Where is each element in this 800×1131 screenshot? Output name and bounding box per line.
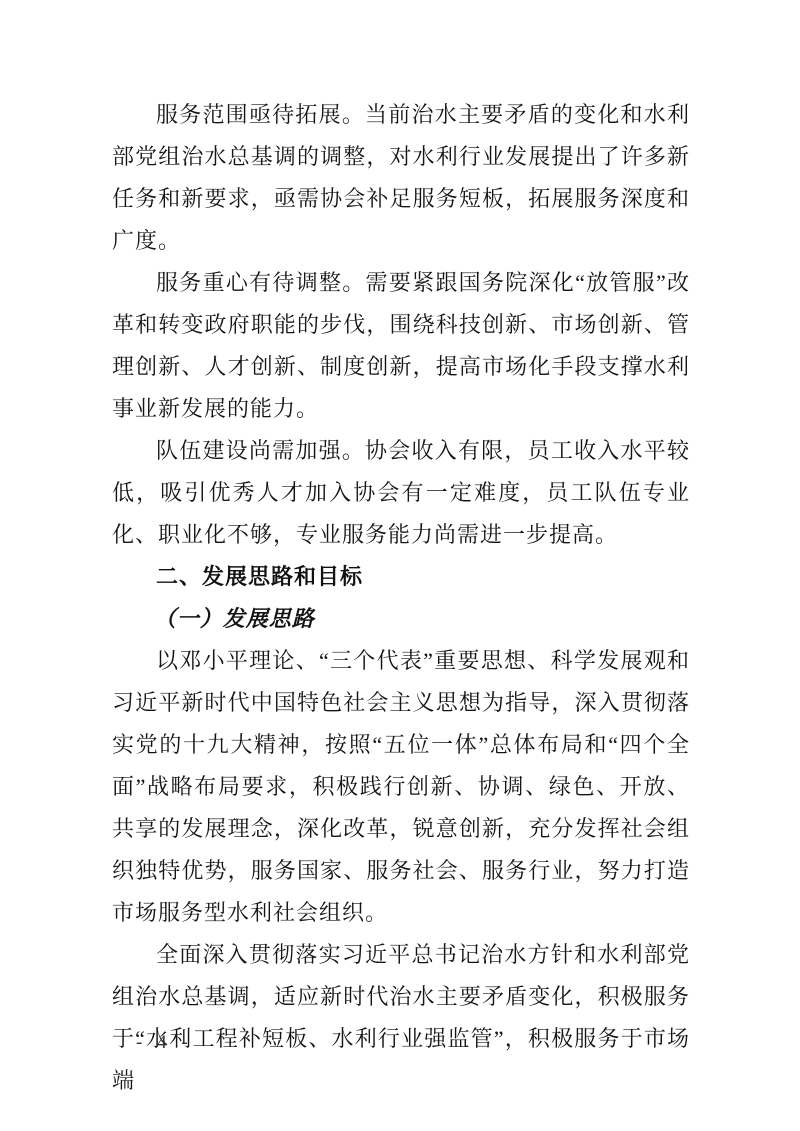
page-number: - 4 - [136, 1032, 193, 1054]
subsection-heading-development-thinking: （一）发展思路 [112, 598, 690, 640]
paragraph-water-governance: 全面深入贯彻落实习近平总书记治水方针和水利部党组治水总基调，适应新时代治水主要矛… [112, 934, 690, 1102]
paragraph-service-scope: 服务范围亟待拓展。当前治水主要矛盾的变化和水利部党组治水总基调的调整，对水利行业… [112, 94, 690, 262]
paragraph-service-focus: 服务重心有待调整。需要紧跟国务院深化“放管服”改革和转变政府职能的步伐，围绕科技… [112, 262, 690, 430]
paragraph-team-building: 队伍建设尚需加强。协会收入有限，员工收入水平较低，吸引优秀人才加入协会有一定难度… [112, 430, 690, 556]
section-heading-development-goals: 二、发展思路和目标 [112, 556, 690, 598]
page-content: 服务范围亟待拓展。当前治水主要矛盾的变化和水利部党组治水总基调的调整，对水利行业… [112, 94, 690, 1102]
document-page: 服务范围亟待拓展。当前治水主要矛盾的变化和水利部党组治水总基调的调整，对水利行业… [0, 0, 800, 1131]
paragraph-guiding-ideology: 以邓小平理论、“三个代表”重要思想、科学发展观和习近平新时代中国特色社会主义思想… [112, 640, 690, 934]
